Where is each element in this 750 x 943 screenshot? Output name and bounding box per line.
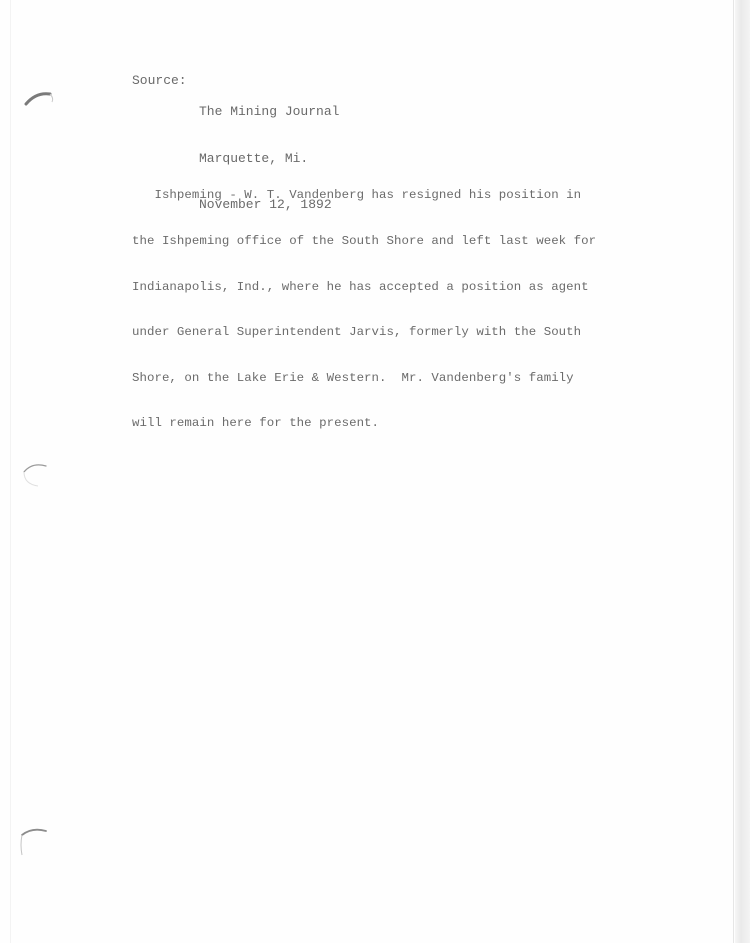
body-line: Shore, on the Lake Erie & Western. Mr. V… [132,371,596,386]
body-line: will remain here for the present. [132,416,596,431]
source-citation: Source: The Mining Journal Marquette, Mi… [132,73,163,135]
article-body: Ishpeming - W. T. Vandenberg has resigne… [132,158,596,462]
page-left-edge [10,0,11,943]
page-right-edge [735,0,750,943]
body-line: the Ishpeming office of the South Shore … [132,234,596,249]
punch-hole-mark-middle-icon [20,458,52,490]
source-label: Source: [132,73,187,89]
document-page: Source: The Mining Journal Marquette, Mi… [0,0,750,943]
body-line: under General Superintendent Jarvis, for… [132,325,596,340]
punch-hole-mark-top-icon [22,88,56,110]
page-right-edge-line [733,0,734,943]
body-line: Ishpeming - W. T. Vandenberg has resigne… [132,188,596,203]
body-line: Indianapolis, Ind., where he has accepte… [132,280,596,295]
punch-hole-mark-bottom-icon [16,825,50,859]
source-publication: The Mining Journal [199,104,339,120]
